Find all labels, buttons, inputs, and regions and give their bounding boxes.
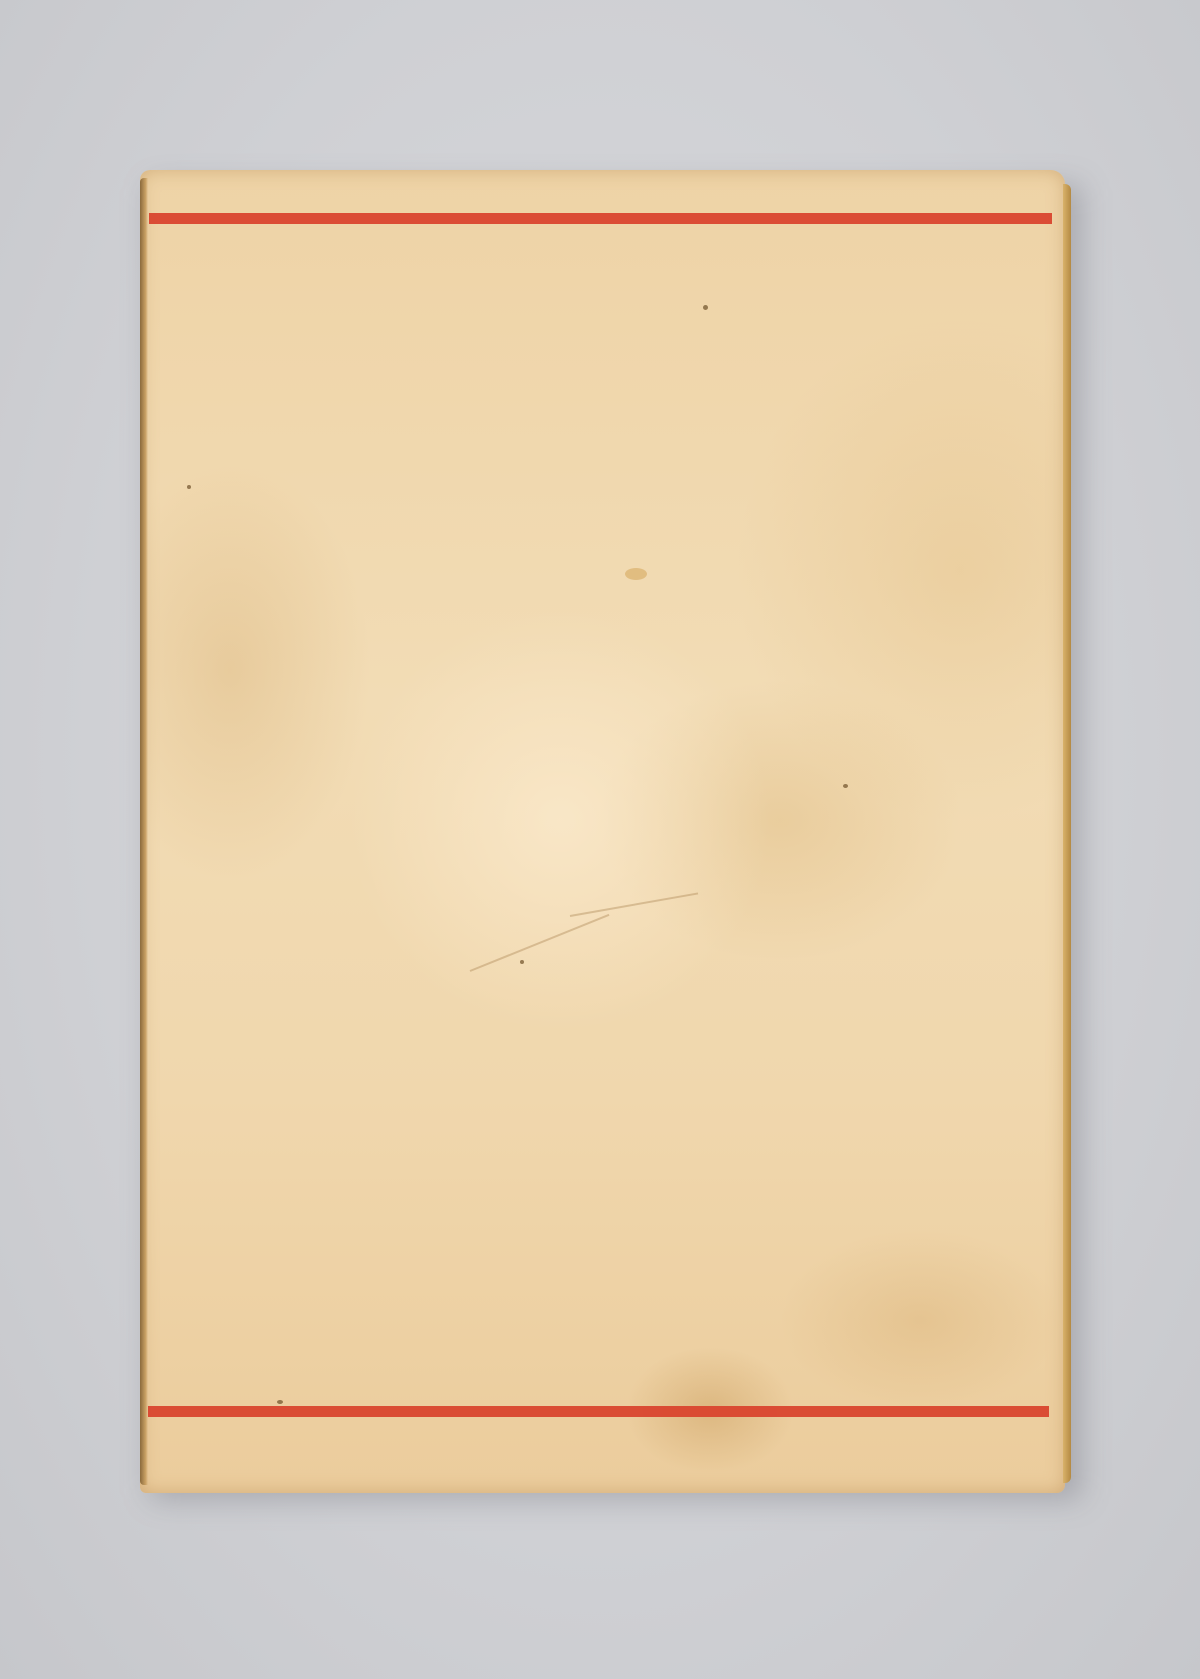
red-stripe-top: [149, 213, 1052, 224]
spine-edge: [140, 178, 148, 1485]
book-cover: [140, 170, 1065, 1493]
crease: [570, 892, 698, 917]
stain-spot: [703, 305, 708, 310]
stain-spot: [625, 568, 647, 580]
page-edge: [1063, 184, 1071, 1483]
crease: [470, 914, 610, 972]
stain-spot: [277, 1400, 283, 1404]
stain-spot: [187, 485, 191, 489]
stain-spot: [843, 784, 848, 788]
red-stripe-bottom: [148, 1406, 1049, 1417]
stain-spot: [520, 960, 524, 964]
